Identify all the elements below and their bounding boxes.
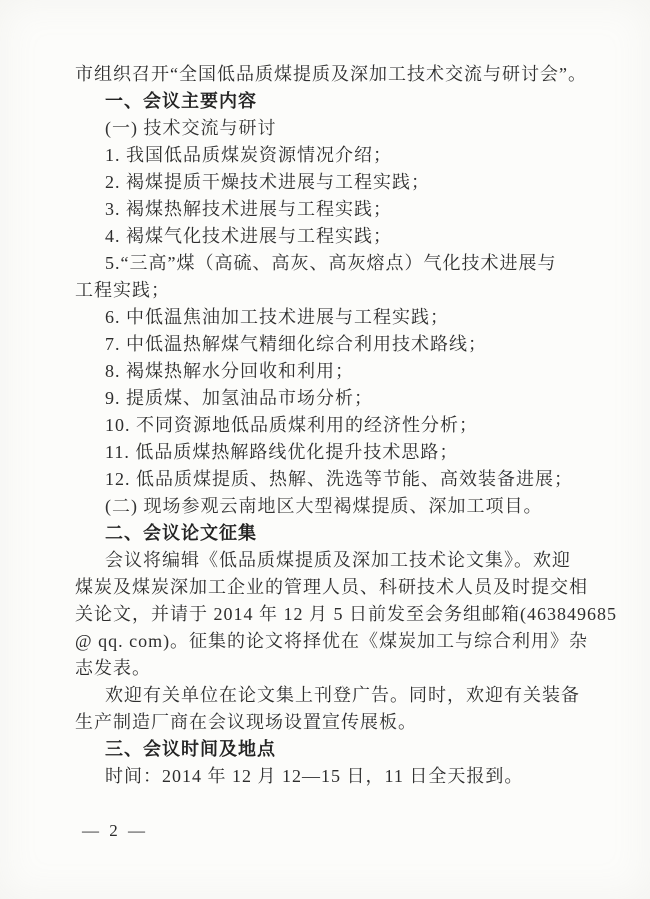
text-line-1: 市组织召开“全国低品质煤提质及深加工技术交流与研讨会”。 [75,61,593,88]
text-line-8: 5.“三高”煤（高硫、高灰、高灰熔点）气化技术进展与 [75,250,593,277]
text-line-2: 一、会议主要内容 [75,88,593,115]
text-line-15: 11. 低品质煤热解路线优化提升技术思路； [75,439,593,466]
text-line-6: 3. 褐煤热解技术进展与工程实践； [75,196,593,223]
text-line-22: @ qq. com)。征集的论文将择优在《煤炭加工与综合利用》杂 [75,628,593,655]
text-line-24: 欢迎有关单位在论文集上刊登广告。同时，欢迎有关装备 [75,682,593,709]
text-line-26: 三、会议时间及地点 [75,736,593,763]
text-line-23: 志发表。 [75,655,593,682]
text-line-14: 10. 不同资源地低品质煤利用的经济性分析； [75,412,593,439]
text-line-3: (一) 技术交流与研讨 [75,115,593,142]
text-line-7: 4. 褐煤气化技术进展与工程实践； [75,223,593,250]
text-line-5: 2. 褐煤提质干燥技术进展与工程实践； [75,169,593,196]
text-line-20: 煤炭及煤炭深加工企业的管理人员、科研技术人员及时提交相 [75,574,593,601]
text-line-11: 7. 中低温热解煤气精细化综合利用技术路线； [75,331,593,358]
scanned-document-page: 市组织召开“全国低品质煤提质及深加工技术交流与研讨会”。一、会议主要内容(一) … [0,0,650,899]
text-line-25: 生产制造厂商在会议现场设置宣传展板。 [75,709,593,736]
text-line-27: 时间：2014 年 12 月 12—15 日，11 日全天报到。 [75,763,593,790]
page-number: — 2 — [82,820,148,842]
text-line-16: 12. 低品质煤提质、热解、洗选等节能、高效装备进展； [75,466,593,493]
text-line-13: 9. 提质煤、加氢油品市场分析； [75,385,593,412]
text-line-10: 6. 中低温焦油加工技术进展与工程实践； [75,304,593,331]
text-line-4: 1. 我国低品质煤炭资源情况介绍； [75,142,593,169]
document-body: 市组织召开“全国低品质煤提质及深加工技术交流与研讨会”。一、会议主要内容(一) … [75,61,593,790]
text-line-17: (二) 现场参观云南地区大型褐煤提质、深加工项目。 [75,493,593,520]
text-line-12: 8. 褐煤热解水分回收和利用； [75,358,593,385]
text-line-21: 关论文，并请于 2014 年 12 月 5 日前发至会务组邮箱(46384968… [75,601,593,628]
text-line-9: 工程实践； [75,277,593,304]
text-line-18: 二、会议论文征集 [75,520,593,547]
text-line-19: 会议将编辑《低品质煤提质及深加工技术论文集》。欢迎 [75,547,593,574]
